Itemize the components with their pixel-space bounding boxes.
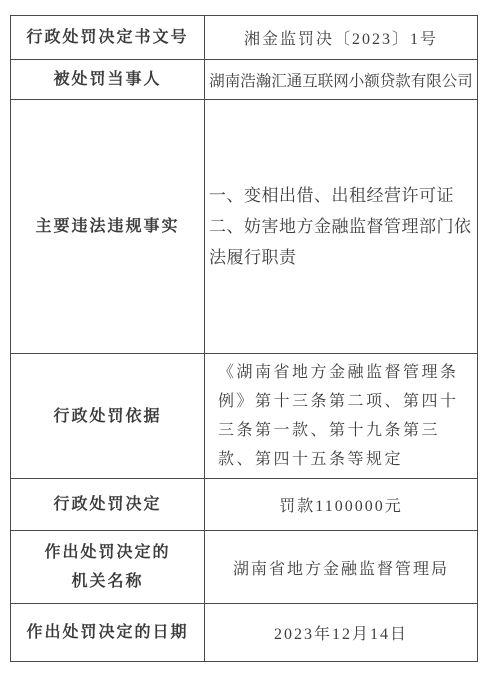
penalty-decision-label: 行政处罚决定 xyxy=(11,479,205,531)
penalty-decision-table: 行政处罚决定书文号 湘金监罚决〔2023〕1号 被处罚当事人 湖南浩瀚汇通互联网… xyxy=(10,15,478,662)
row-penalty-basis: 行政处罚依据 《湖南省地方金融监督管理条例》第十三条第二项、第四十三条第一款、第… xyxy=(11,354,478,479)
row-document-number: 行政处罚决定书文号 湘金监罚决〔2023〕1号 xyxy=(11,16,478,60)
row-violation-facts: 主要违法违规事实 一、变相出借、出租经营许可证 二、妨害地方金融监督管理部门依法… xyxy=(11,100,478,354)
issuing-authority-label-line: 机关名称 xyxy=(15,567,200,596)
violation-fact-item: 二、妨害地方金融监督管理部门依法履行职责 xyxy=(209,211,475,273)
violation-fact-item: 一、变相出借、出租经营许可证 xyxy=(209,180,475,211)
row-issuing-authority: 作出处罚决定的 机关名称 湖南省地方金融监督管理局 xyxy=(11,531,478,604)
penalty-basis-value: 《湖南省地方金融监督管理条例》第十三条第二项、第四十三条第一款、第十九条第三款、… xyxy=(205,354,478,479)
issuing-authority-label-line: 作出处罚决定的 xyxy=(15,538,200,567)
issuing-authority-label: 作出处罚决定的 机关名称 xyxy=(11,531,205,604)
penalty-basis-label: 行政处罚依据 xyxy=(11,354,205,479)
penalty-decision-page: 行政处罚决定书文号 湘金监罚决〔2023〕1号 被处罚当事人 湖南浩瀚汇通互联网… xyxy=(0,0,491,678)
document-number-value: 湘金监罚决〔2023〕1号 xyxy=(205,16,478,60)
decision-date-label: 作出处罚决定的日期 xyxy=(11,604,205,662)
violation-facts-value: 一、变相出借、出租经营许可证 二、妨害地方金融监督管理部门依法履行职责 xyxy=(205,100,478,354)
row-decision-date: 作出处罚决定的日期 2023年12月14日 xyxy=(11,604,478,662)
issuing-authority-value: 湖南省地方金融监督管理局 xyxy=(205,531,478,604)
penalized-party-value: 湖南浩瀚汇通互联网小额贷款有限公司 xyxy=(205,60,478,100)
penalized-party-label: 被处罚当事人 xyxy=(11,60,205,100)
penalty-decision-value: 罚款1100000元 xyxy=(205,479,478,531)
document-number-label: 行政处罚决定书文号 xyxy=(11,16,205,60)
violation-facts-label: 主要违法违规事实 xyxy=(11,100,205,354)
row-penalty-decision: 行政处罚决定 罚款1100000元 xyxy=(11,479,478,531)
row-penalized-party: 被处罚当事人 湖南浩瀚汇通互联网小额贷款有限公司 xyxy=(11,60,478,100)
decision-date-value: 2023年12月14日 xyxy=(205,604,478,662)
